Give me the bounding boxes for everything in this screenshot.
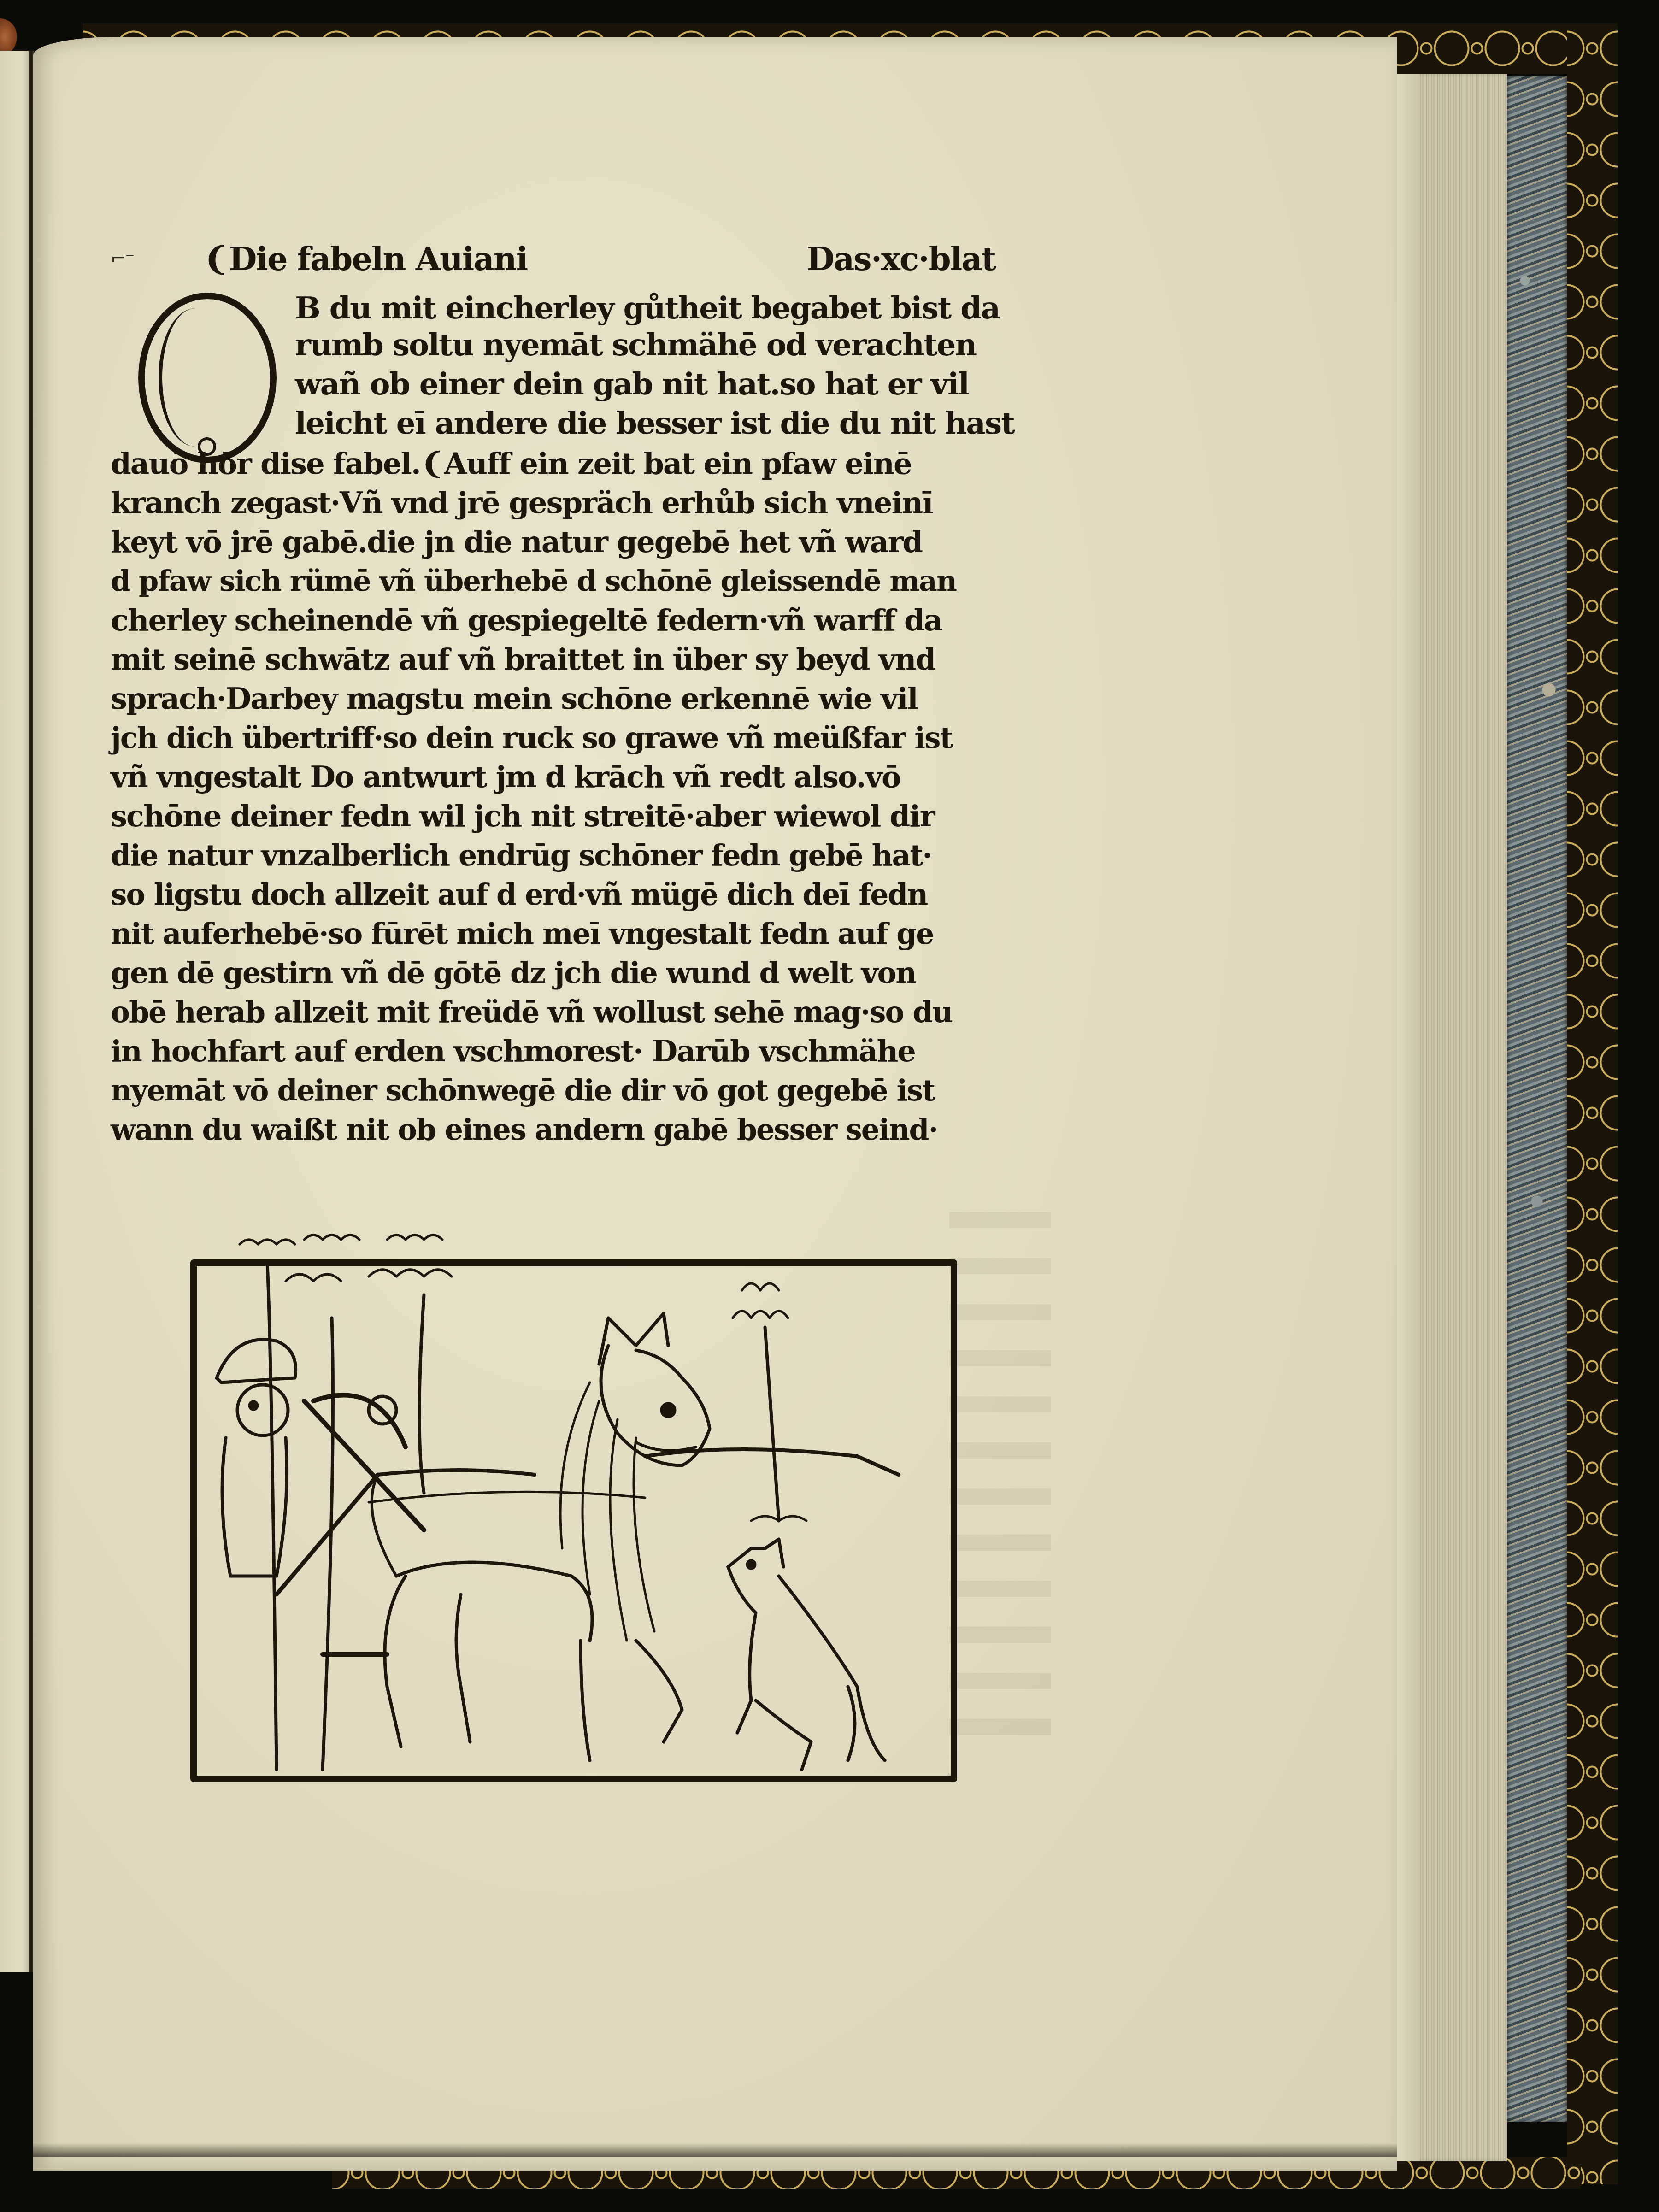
text-line: sprach·Darbey magstu mein schōne erkennē…	[111, 684, 918, 714]
text-line: schōne deiner fedn wil jch nit streitē·a…	[111, 802, 934, 831]
marbled-endpaper	[1507, 76, 1567, 2122]
text-line: obē herab allzeit mit freüdē vñ wollust …	[111, 998, 952, 1027]
folio-number: Das·xc·blat	[806, 240, 995, 278]
trees-left	[240, 1235, 452, 1770]
running-head: ⌐⁻ ❨Die fabeln Auiani Das·xc·blat	[111, 240, 1009, 286]
text-line: wann du waißt nit ob eines andern gabē b…	[111, 1115, 938, 1144]
text-line: keyt vō jrē gabē.die jn die natur gegebē…	[111, 528, 922, 557]
text-line: mit seinē schwātz auf vñ braittet in übe…	[111, 645, 935, 675]
text-line: nit auferhebē·so fūrēt mich meī vngestal…	[111, 919, 933, 948]
text-line: so ligstu doch allzeit auf d erd·vñ mügē…	[111, 880, 927, 909]
text-block: ⌐⁻ ❨Die fabeln Auiani Das·xc·blat B du m…	[111, 240, 1009, 286]
woodcut-frame	[194, 1263, 954, 1779]
running-head-title: ❨Die fabeln Auiani	[203, 240, 527, 278]
text-line: jch dich übertriff·so dein ruck so grawe…	[111, 724, 953, 753]
text-line: vñ vngestalt Do antwurt jm d krāch vñ re…	[111, 763, 900, 792]
maned-beast	[372, 1313, 710, 1760]
page-bottom-shadow	[33, 2143, 1397, 2157]
text-line: rumb soltu nyemāt schmähē od verachten	[295, 329, 976, 360]
text-line: B du mit eincherley gůtheit begabet bist…	[295, 293, 1000, 323]
decorated-initial-o	[138, 293, 276, 463]
fox	[728, 1539, 885, 1770]
text-line: in hochfart auf erden vschmorest· Darūb …	[111, 1037, 915, 1066]
text-line: wañ ob einer dein gab nit hat.so hat er …	[295, 369, 969, 399]
left-page-red-edge	[0, 18, 17, 55]
text-line: leicht eī andere die besser ist die du n…	[295, 408, 1014, 438]
text-line: nyemāt vō deiner schōnwegē die dir vō go…	[111, 1076, 935, 1105]
text-line: die natur vnzalberlich endrūg schōner fe…	[111, 841, 931, 870]
text-line: d pfaw sich rümē vñ überhebē d schōnē gl…	[111, 567, 956, 595]
text-line: gen dē gestirn vñ dē gōtē dz jch die wun…	[111, 959, 916, 988]
crossbowman-figure	[217, 1340, 424, 1654]
tree-right	[733, 1283, 806, 1521]
left-facing-page	[0, 51, 30, 1972]
text-line: dauō hōr dise fabel.❨Auff ein zeit bat e…	[111, 449, 912, 479]
text-line: cherley scheinendē vñ gespiegeltē federn…	[111, 606, 942, 635]
gilt-border-right	[1567, 23, 1618, 2184]
woodcut-illustration	[184, 1226, 968, 1797]
page-fore-edge-highlight	[1396, 74, 1419, 2161]
text-line: kranch zegast·Vñ vnd jrē gespräch erhůb …	[111, 488, 933, 518]
marginal-mark: ⌐⁻	[111, 248, 134, 269]
